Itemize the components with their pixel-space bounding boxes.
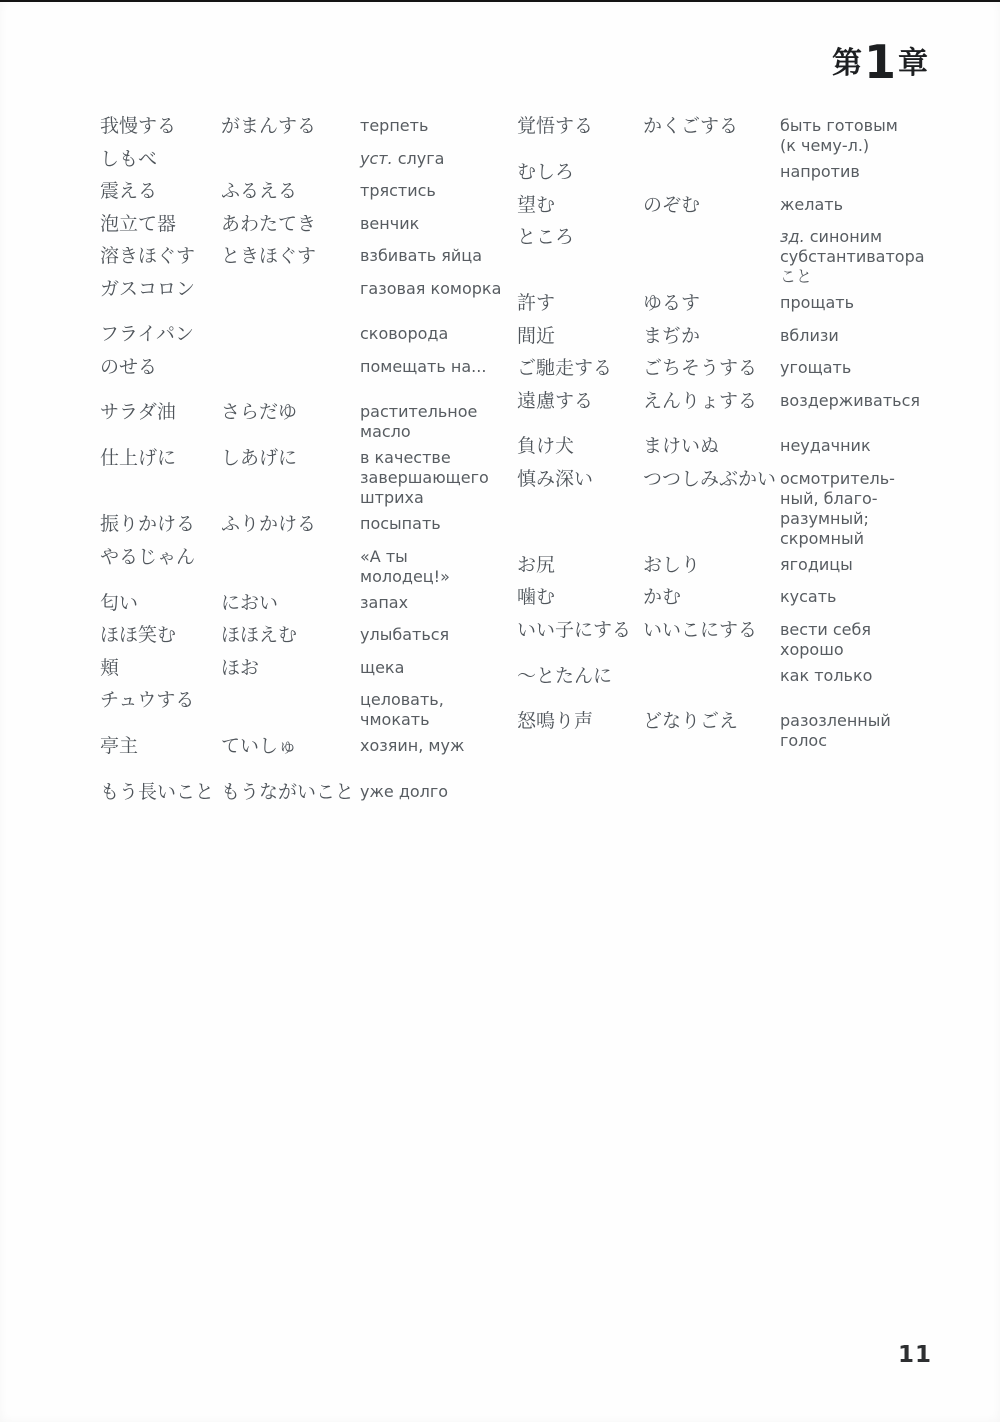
russian-translation: запах bbox=[360, 587, 505, 613]
vocab-entry: ほほ笑むほほえむулыбаться bbox=[100, 619, 505, 652]
vocab-entry: 遠慮するえんりょするвоздерживаться bbox=[517, 385, 957, 418]
russian-translation: как только bbox=[780, 660, 957, 686]
vocab-entry: のせるпомещать на... bbox=[100, 351, 505, 384]
kana-reading: まけいぬ bbox=[643, 430, 780, 463]
vocab-entry: 振りかけるふりかけるпосыпать bbox=[100, 508, 505, 541]
japanese-word: ところ bbox=[517, 221, 643, 254]
kana-reading: ほほえむ bbox=[221, 619, 360, 652]
kana-reading: えんりょする bbox=[643, 385, 780, 418]
usage-abbreviation: уст. bbox=[360, 149, 393, 168]
japanese-word: 匂い bbox=[100, 587, 221, 620]
japanese-word: むしろ bbox=[517, 156, 643, 189]
japanese-word: サラダ油 bbox=[100, 396, 221, 429]
japanese-word: 噛む bbox=[517, 581, 643, 614]
vocab-entry: 我慢するがまんするтерпеть bbox=[100, 110, 505, 143]
vocab-entry: 仕上げにしあげにв качестве завершающего штриха bbox=[100, 442, 505, 508]
japanese-word: ほほ笑む bbox=[100, 619, 221, 652]
japanese-word: ご馳走する bbox=[517, 352, 643, 385]
vocab-entry: やるじゃん«А ты молодец!» bbox=[100, 541, 505, 587]
vocab-entry: サラダ油さらだゆрастительное масло bbox=[100, 396, 505, 442]
vocab-entry: チュウするцеловать, чмокать bbox=[100, 684, 505, 730]
kana-reading: しあげに bbox=[221, 442, 360, 475]
scanned-page: 第 1 章 我慢するがまんするтерпетьしもべуст. слуга震えるふる… bbox=[0, 0, 1000, 1422]
kana-reading: おしり bbox=[643, 549, 780, 582]
japanese-word: 仕上げに bbox=[100, 442, 221, 475]
russian-translation: ягодицы bbox=[780, 549, 957, 575]
russian-translation: терпеть bbox=[360, 110, 505, 136]
usage-abbreviation: зд. bbox=[780, 227, 805, 246]
russian-translation: растительное масло bbox=[360, 396, 505, 442]
japanese-word: のせる bbox=[100, 351, 221, 384]
russian-translation: зд. синоним субстантиватора こと bbox=[780, 221, 957, 287]
chapter-suffix: 章 bbox=[898, 49, 928, 81]
japanese-word: 頬 bbox=[100, 652, 221, 685]
kana-reading: さらだゆ bbox=[221, 396, 360, 429]
vocab-entry: 覚悟するかくごするбыть готовым (к чему-л.) bbox=[517, 110, 957, 156]
russian-translation: венчик bbox=[360, 208, 505, 234]
kana-reading: ていしゅ bbox=[221, 730, 360, 763]
russian-translation: неудачник bbox=[780, 430, 957, 456]
vocab-entry: 溶きほぐすときほぐすвзбивать яйца bbox=[100, 240, 505, 273]
vocab-entry: いい子にするいいこにするвести себя хорошо bbox=[517, 614, 957, 660]
japanese-word: 覚悟する bbox=[517, 110, 643, 143]
vocab-entry: 泡立て器あわたてきвенчик bbox=[100, 208, 505, 241]
vocab-entry: 怒鳴り声どなりごえразозленный голос bbox=[517, 705, 957, 751]
japanese-word: 泡立て器 bbox=[100, 208, 221, 241]
chapter-number: 1 bbox=[864, 44, 896, 81]
japanese-word: 望む bbox=[517, 189, 643, 222]
vocab-entry: むしろнапротив bbox=[517, 156, 957, 189]
chapter-prefix: 第 bbox=[832, 49, 862, 81]
japanese-word: しもべ bbox=[100, 143, 221, 176]
russian-translation: угощать bbox=[780, 352, 957, 378]
japanese-word: 間近 bbox=[517, 320, 643, 353]
japanese-word: 我慢する bbox=[100, 110, 221, 143]
page-top-edge-line bbox=[0, 0, 1000, 2]
japanese-word: やるじゃん bbox=[100, 541, 221, 574]
russian-translation: целовать, чмокать bbox=[360, 684, 505, 730]
kana-reading: もうながいこと bbox=[221, 776, 360, 809]
page-number: 11 bbox=[898, 1342, 932, 1368]
vocab-entry: 噛むかむкусать bbox=[517, 581, 957, 614]
kana-reading: がまんする bbox=[221, 110, 360, 143]
vocab-entry: ～とたんにкак только bbox=[517, 660, 957, 693]
vocab-entry: ところзд. синоним субстантиватора こと bbox=[517, 221, 957, 287]
chapter-header: 第 1 章 bbox=[832, 44, 928, 81]
kana-reading: ふるえる bbox=[221, 175, 360, 208]
kana-reading: ゆるす bbox=[643, 287, 780, 320]
russian-translation: трястись bbox=[360, 175, 505, 201]
vocab-column-left: 我慢するがまんするтерпетьしもべуст. слуга震えるふるえるтряс… bbox=[100, 110, 505, 808]
vocab-column-right: 覚悟するかくごするбыть готовым (к чему-л.)むしろнапр… bbox=[517, 110, 957, 751]
vocab-entry: もう長いこともうながいことуже долго bbox=[100, 776, 505, 809]
russian-translation: взбивать яйца bbox=[360, 240, 505, 266]
kana-reading: のぞむ bbox=[643, 189, 780, 222]
kana-reading: あわたてき bbox=[221, 208, 360, 241]
vocab-entry: 匂いにおいзапах bbox=[100, 587, 505, 620]
japanese-word: 怒鳴り声 bbox=[517, 705, 643, 738]
russian-translation: вблизи bbox=[780, 320, 957, 346]
japanese-word: 遠慮する bbox=[517, 385, 643, 418]
kana-reading: かくごする bbox=[643, 110, 780, 143]
japanese-word: いい子にする bbox=[517, 614, 643, 647]
russian-translation: улыбаться bbox=[360, 619, 505, 645]
japanese-word: 溶きほぐす bbox=[100, 240, 221, 273]
russian-translation: щека bbox=[360, 652, 505, 678]
kana-reading: ほお bbox=[221, 652, 360, 685]
vocab-entry: フライパンсковорода bbox=[100, 318, 505, 351]
vocab-entry: 慎み深いつつしみぶかいосмотритель- ный, благо- разу… bbox=[517, 463, 957, 549]
kana-reading: いいこにする bbox=[643, 614, 780, 647]
vocab-entry: 頬ほおщека bbox=[100, 652, 505, 685]
vocab-entry: しもべуст. слуга bbox=[100, 143, 505, 176]
kana-reading: まぢか bbox=[643, 320, 780, 353]
kana-reading: かむ bbox=[643, 581, 780, 614]
russian-translation: «А ты молодец!» bbox=[360, 541, 505, 587]
kana-reading: におい bbox=[221, 587, 360, 620]
japanese-word: ガスコロン bbox=[100, 273, 221, 306]
vocab-entry: お尻おしりягодицы bbox=[517, 549, 957, 582]
kana-reading: ときほぐす bbox=[221, 240, 360, 273]
vocab-entry: 間近まぢかвблизи bbox=[517, 320, 957, 353]
russian-translation: желать bbox=[780, 189, 957, 215]
russian-translation: помещать на... bbox=[360, 351, 505, 377]
vocab-entry: 負け犬まけいぬнеудачник bbox=[517, 430, 957, 463]
vocab-entry: 望むのぞむжелать bbox=[517, 189, 957, 222]
russian-translation: сковорода bbox=[360, 318, 505, 344]
vocab-entry: 震えるふるえるтрястись bbox=[100, 175, 505, 208]
vocab-entry: ご馳走するごちそうするугощать bbox=[517, 352, 957, 385]
russian-translation: посыпать bbox=[360, 508, 505, 534]
russian-translation: быть готовым (к чему-л.) bbox=[780, 110, 957, 156]
russian-translation: газовая коморка bbox=[360, 273, 505, 299]
japanese-word: 亭主 bbox=[100, 730, 221, 763]
japanese-word: 負け犬 bbox=[517, 430, 643, 463]
russian-translation: в качестве завершающего штриха bbox=[360, 442, 505, 508]
kana-reading: ふりかける bbox=[221, 508, 360, 541]
kana-reading: ごちそうする bbox=[643, 352, 780, 385]
japanese-word: お尻 bbox=[517, 549, 643, 582]
kana-reading: どなりごえ bbox=[643, 705, 780, 738]
russian-translation: вести себя хорошо bbox=[780, 614, 957, 660]
japanese-word: ～とたんに bbox=[517, 660, 643, 693]
japanese-word: フライパン bbox=[100, 318, 221, 351]
japanese-word: 許す bbox=[517, 287, 643, 320]
vocab-entry: 亭主ていしゅхозяин, муж bbox=[100, 730, 505, 763]
russian-translation: уст. слуга bbox=[360, 143, 505, 169]
russian-translation: воздерживаться bbox=[780, 385, 957, 411]
russian-translation: хозяин, муж bbox=[360, 730, 505, 756]
japanese-word: 慎み深い bbox=[517, 463, 643, 496]
japanese-word: 振りかける bbox=[100, 508, 221, 541]
kana-reading: つつしみぶかい bbox=[643, 463, 780, 496]
japanese-word: 震える bbox=[100, 175, 221, 208]
russian-translation: кусать bbox=[780, 581, 957, 607]
japanese-word: もう長いこと bbox=[100, 776, 221, 809]
russian-translation: напротив bbox=[780, 156, 957, 182]
russian-translation: уже долго bbox=[360, 776, 505, 802]
vocab-entry: 許すゆるすпрощать bbox=[517, 287, 957, 320]
japanese-word: チュウする bbox=[100, 684, 221, 717]
russian-translation: прощать bbox=[780, 287, 957, 313]
vocab-entry: ガスコロンгазовая коморка bbox=[100, 273, 505, 306]
russian-translation: разозленный голос bbox=[780, 705, 957, 751]
russian-translation: осмотритель- ный, благо- разумный; скром… bbox=[780, 463, 957, 549]
